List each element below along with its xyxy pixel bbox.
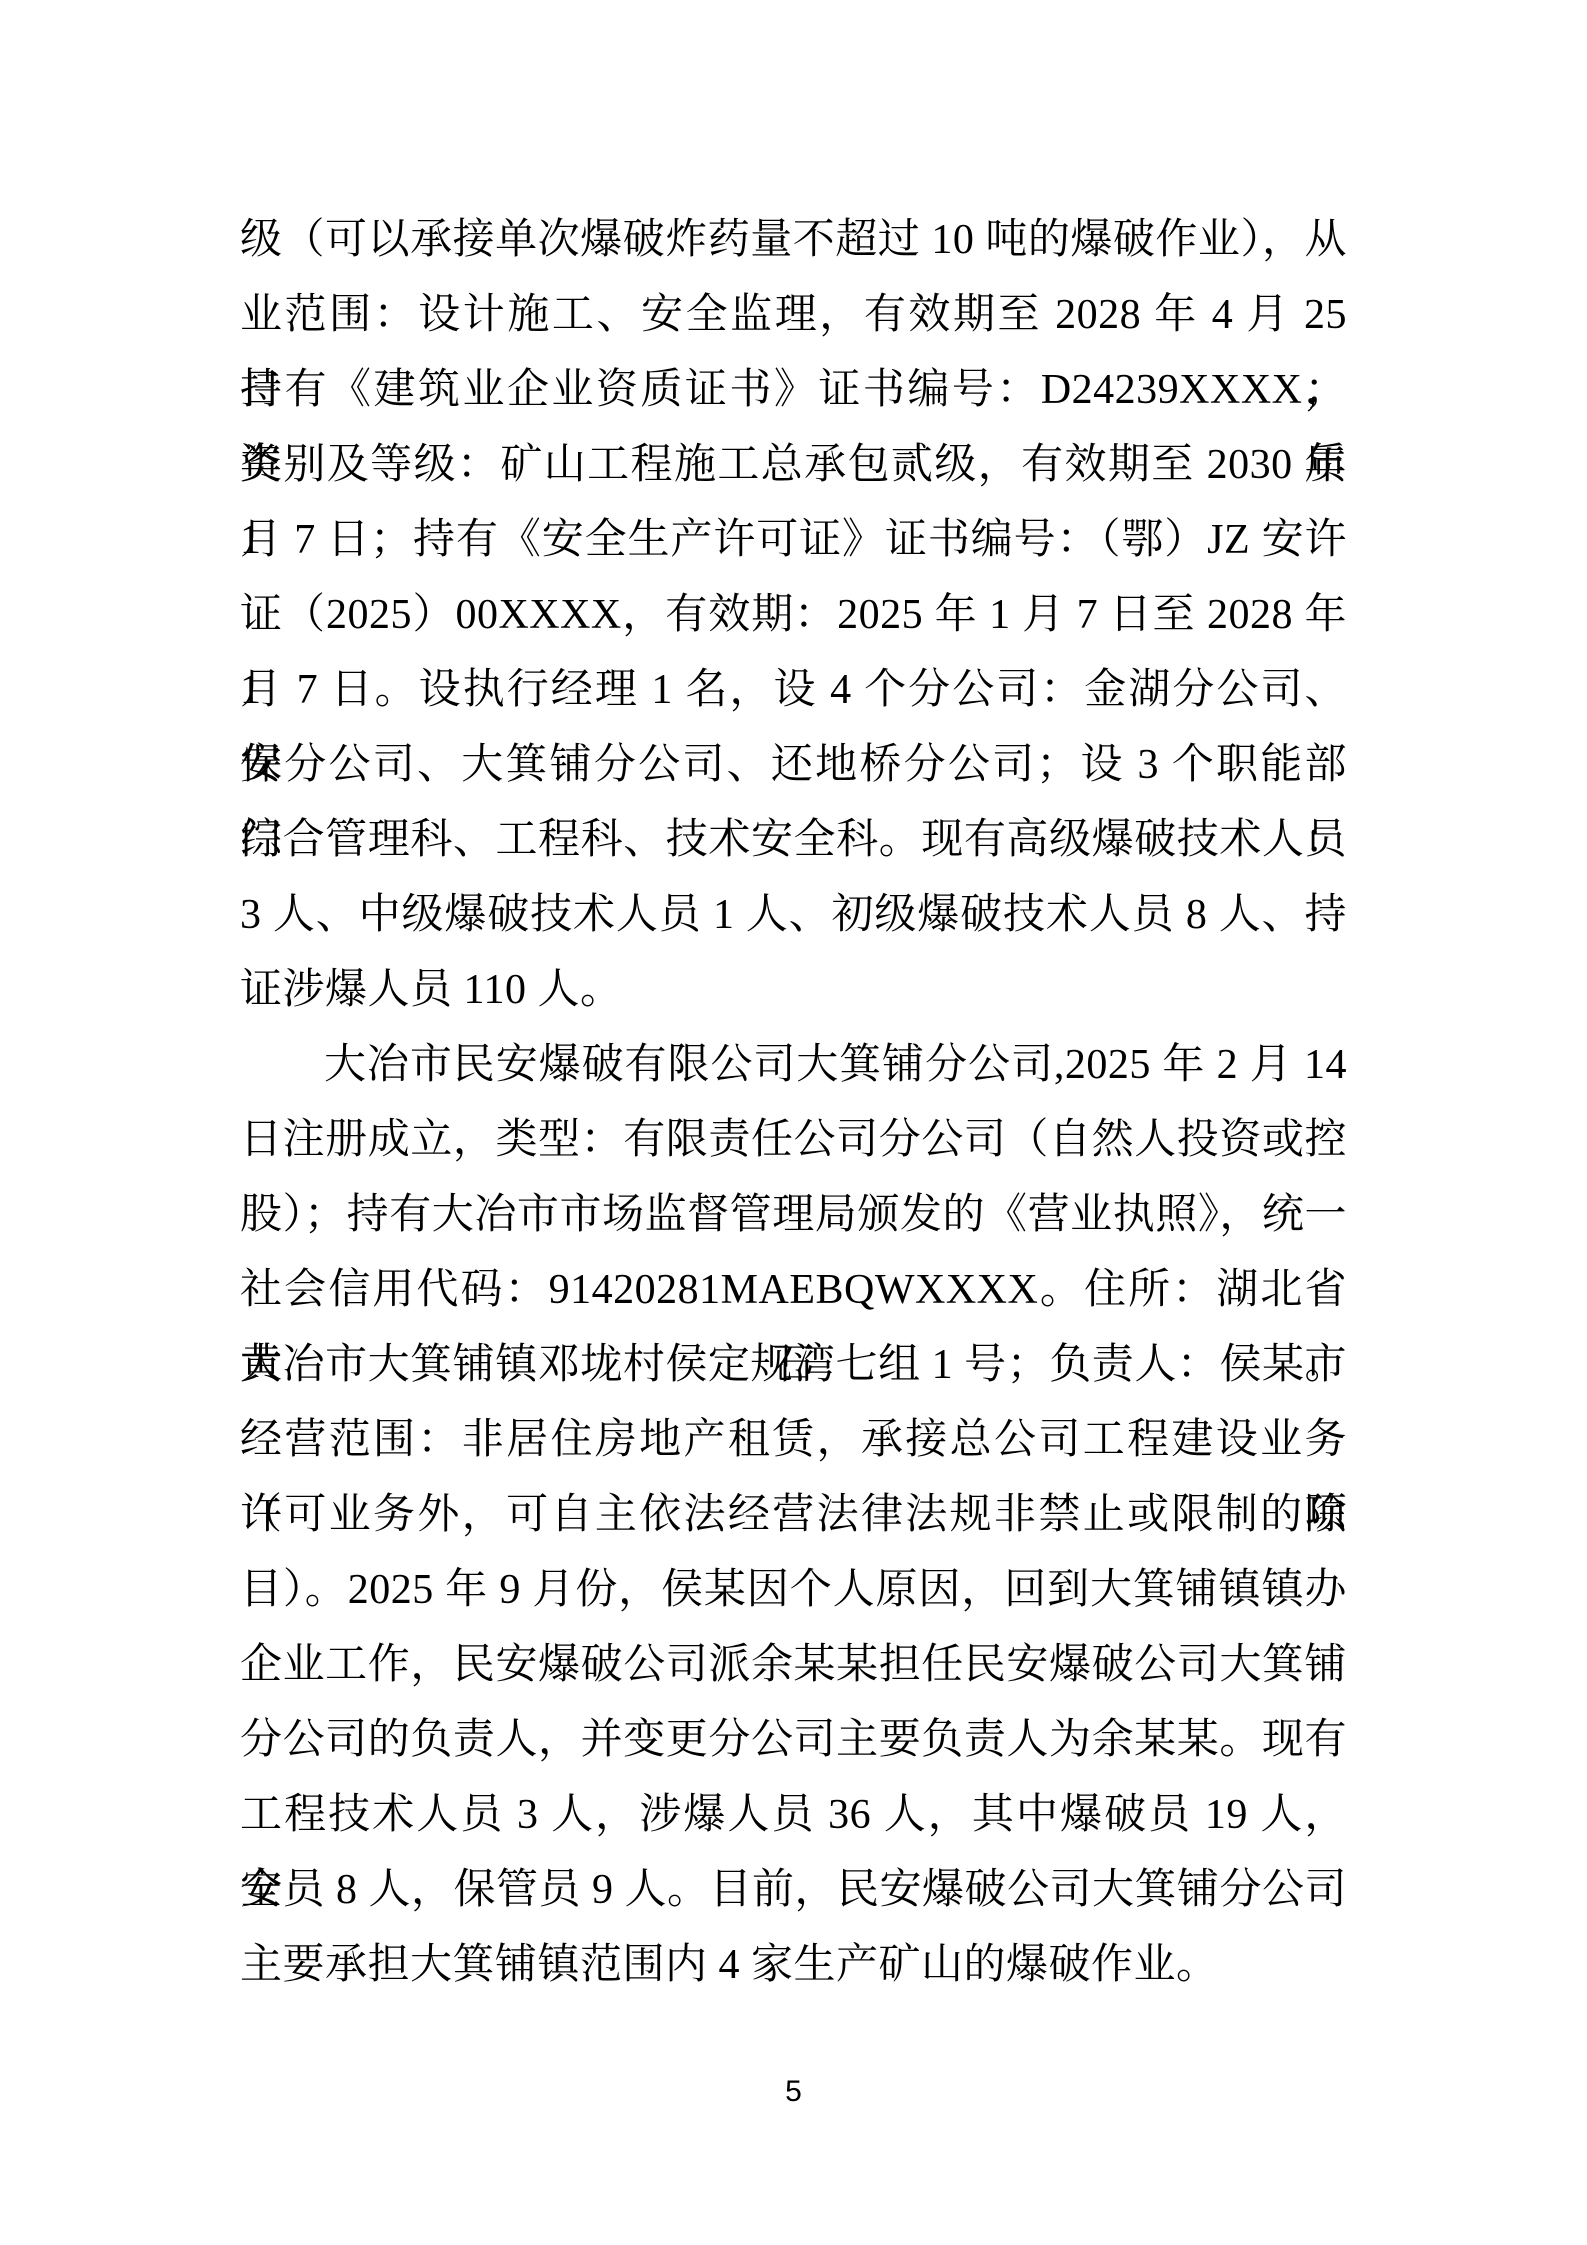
paragraph: 级（可以承接单次爆破炸药量不超过 10 吨的爆破作业），从 业范围：设计施工、安… [240, 203, 1347, 1028]
page-number: 5 [785, 2075, 802, 2108]
text-line: 主要承担大箕铺镇范围内 4 家生产矿山的爆破作业。 [240, 1928, 1347, 2003]
text-line: 工程技术人员 3 人，涉爆人员 36 人，其中爆破员 19 人，安 [240, 1778, 1347, 1853]
text-line: 月 7 日。设执行经理 1 名，设 4 个分公司：金湖分公司、保 [240, 653, 1347, 728]
document-page: 级（可以承接单次爆破炸药量不超过 10 吨的爆破作业），从 业范围：设计施工、安… [0, 0, 1587, 2245]
text-line: 持有《建筑业企业资质证书》证书编号：D24239XXXX，资质 [240, 353, 1347, 428]
text-line: 大冶市民安爆破有限公司大箕铺分公司,2025 年 2 月 14 [240, 1028, 1347, 1103]
text-line: 目）。2025 年 9 月份，侯某因个人原因，回到大箕铺镇镇办 [240, 1553, 1347, 1628]
text-line: 综合管理科、工程科、技术安全科。现有高级爆破技术人员 [240, 803, 1347, 878]
text-line: 证（2025）00XXXX，有效期：2025 年 1 月 7 日至 2028 年… [240, 578, 1347, 653]
text-line: 许可业务外，可自主依法经营法律法规非禁止或限制的项 [240, 1478, 1347, 1553]
page-footer: 5 [0, 2072, 1587, 2112]
text-line: 安分公司、大箕铺分公司、还地桥分公司；设 3 个职能部门： [240, 728, 1347, 803]
text-line: 月 7 日；持有《安全生产许可证》证书编号：（鄂）JZ 安许 [240, 503, 1347, 578]
text-line: 业范围：设计施工、安全监理，有效期至 2028 年 4 月 25 日； [240, 278, 1347, 353]
text-line: 证涉爆人员 110 人。 [240, 953, 1347, 1028]
text-line: 社会信用代码：91420281MAEBQWXXXX。住所：湖北省黄石市 [240, 1253, 1347, 1328]
text-line: 股）；持有大冶市市场监督管理局颁发的《营业执照》，统一 [240, 1178, 1347, 1253]
text-line: 级（可以承接单次爆破炸药量不超过 10 吨的爆破作业），从 [240, 203, 1347, 278]
text-line: 企业工作，民安爆破公司派余某某担任民安爆破公司大箕铺 [240, 1628, 1347, 1703]
text-line: 大冶市大箕铺镇邓垅村侯定规湾七组 1 号；负责人：侯某。 [240, 1328, 1347, 1403]
text-line: 全员 8 人，保管员 9 人。目前，民安爆破公司大箕铺分公司 [240, 1853, 1347, 1928]
text-line: 日注册成立，类型：有限责任公司分公司（自然人投资或控 [240, 1103, 1347, 1178]
text-line: 分公司的负责人，并变更分公司主要负责人为余某某。现有 [240, 1703, 1347, 1778]
text-line: 3 人、中级爆破技术人员 1 人、初级爆破技术人员 8 人、持 [240, 878, 1347, 953]
paragraph: 大冶市民安爆破有限公司大箕铺分公司,2025 年 2 月 14 日注册成立，类型… [240, 1028, 1347, 2003]
text-line: 经营范围：非居住房地产租赁，承接总公司工程建设业务（除 [240, 1403, 1347, 1478]
document-body: 级（可以承接单次爆破炸药量不超过 10 吨的爆破作业），从 业范围：设计施工、安… [240, 203, 1347, 2003]
text-line: 类别及等级：矿山工程施工总承包贰级，有效期至 2030 年 1 [240, 428, 1347, 503]
